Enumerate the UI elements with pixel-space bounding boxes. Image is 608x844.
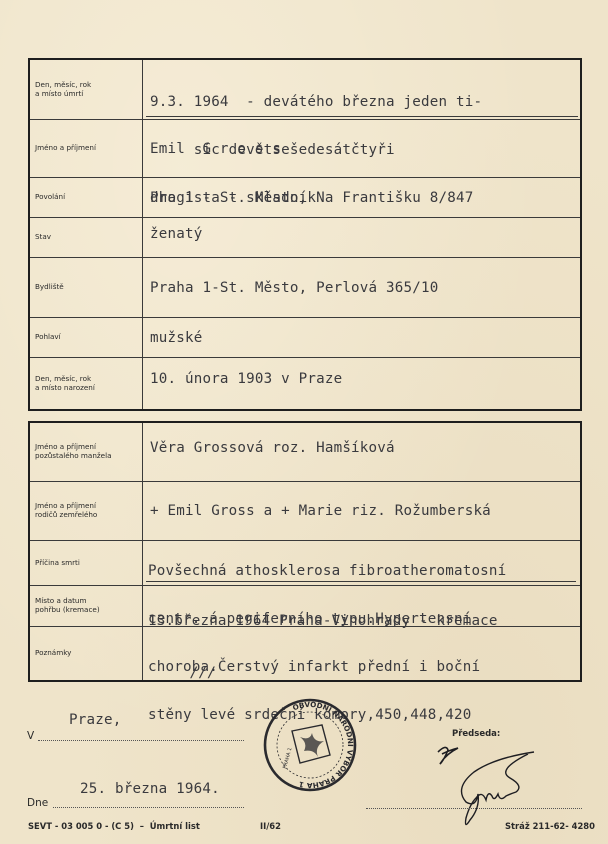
date-label: Dne: [27, 797, 48, 809]
date-dotted-line: [53, 807, 244, 808]
place-value: Praze,: [69, 712, 121, 728]
form-code: SEVT - 03 005 0 - (C 5) – Úmrtní list: [28, 821, 200, 831]
value-residence: Praha 1-St. Město, Perlová 365/10: [150, 258, 580, 317]
row-surviving-spouse: Jméno a příjmení pozůstalého manžela Věr…: [30, 423, 580, 481]
row-residence: Bydliště Praha 1-St. Město, Perlová 365/…: [30, 257, 580, 317]
document-paper: Den, měsíc, rok a místo úmrtí 9.3. 1964 …: [0, 0, 608, 844]
row-occupation: Povolání drogista - skladník: [30, 177, 580, 217]
death-date-line-1: 9.3. 1964 - devátého března jeden ti-: [150, 94, 580, 110]
value-sex: mužské: [150, 318, 580, 357]
label-sex: Pohlaví: [30, 318, 142, 357]
cause-underline: [146, 581, 576, 582]
label-burial: Místo a datum pohřbu (kremace): [30, 586, 142, 626]
label-cause-of-death: Příčina smrti: [30, 541, 142, 585]
row-name: Jméno a příjmení Emil G r o s s: [30, 119, 580, 177]
place-label: V: [27, 730, 34, 742]
death-place-underline: [146, 116, 578, 117]
value-burial: 13.března 1964 Praha-Vinohrady - kremace: [148, 613, 498, 629]
death-record-table: Den, měsíc, rok a místo úmrtí 9.3. 1964 …: [28, 58, 582, 411]
svg-text:PRAHA 1: PRAHA 1: [282, 747, 293, 769]
label-parents: Jméno a příjmení rodičů zemřelého: [30, 482, 142, 540]
cause-line-3: choroba.Čerstvý infarkt přední i boční: [148, 659, 506, 675]
label-date-place-of-birth: Den, měsíc, rok a místo narození: [30, 358, 142, 410]
date-value: 25. března 1964.: [80, 781, 220, 797]
place-dotted-line: [38, 740, 244, 741]
row-date-place-of-death: Den, měsíc, rok a místo úmrtí 9.3. 1964 …: [30, 60, 580, 119]
value-date-place-of-birth: 10. února 1903 v Praze: [150, 358, 580, 423]
label-occupation: Povolání: [30, 178, 142, 217]
form-revision: II/62: [260, 821, 281, 831]
signature-dotted-line: [366, 808, 582, 809]
chairman-signature-icon: [430, 730, 570, 830]
official-stamp-icon: OBVODNÍ NÁRODNÍ VÝBOR PRAHA 1 PRAHA 1: [262, 697, 358, 793]
label-surviving-spouse: Jméno a příjmení pozůstalého manžela: [30, 423, 142, 481]
label-residence: Bydliště: [30, 258, 142, 317]
value-occupation: drogista - skladník: [150, 178, 580, 217]
cause-line-1: Povšechná athosklerosa fibroatheromatosn…: [148, 563, 506, 579]
label-marital-status: Stav: [30, 218, 142, 257]
label-name: Jméno a příjmení: [30, 120, 142, 177]
label-notes: Poznámky: [30, 627, 142, 679]
printer-code: Stráž 211-62- 4280: [505, 821, 595, 831]
label-date-place-of-death: Den, měsíc, rok a místo úmrtí: [30, 60, 142, 119]
row-date-place-of-birth: Den, měsíc, rok a místo narození 10. úno…: [30, 357, 580, 410]
row-marital-status: Stav ženatý: [30, 217, 580, 257]
value-date-place-of-death: 9.3. 1964 - devátého března jeden ti- sí…: [150, 60, 580, 121]
row-sex: Pohlaví mužské: [30, 317, 580, 357]
